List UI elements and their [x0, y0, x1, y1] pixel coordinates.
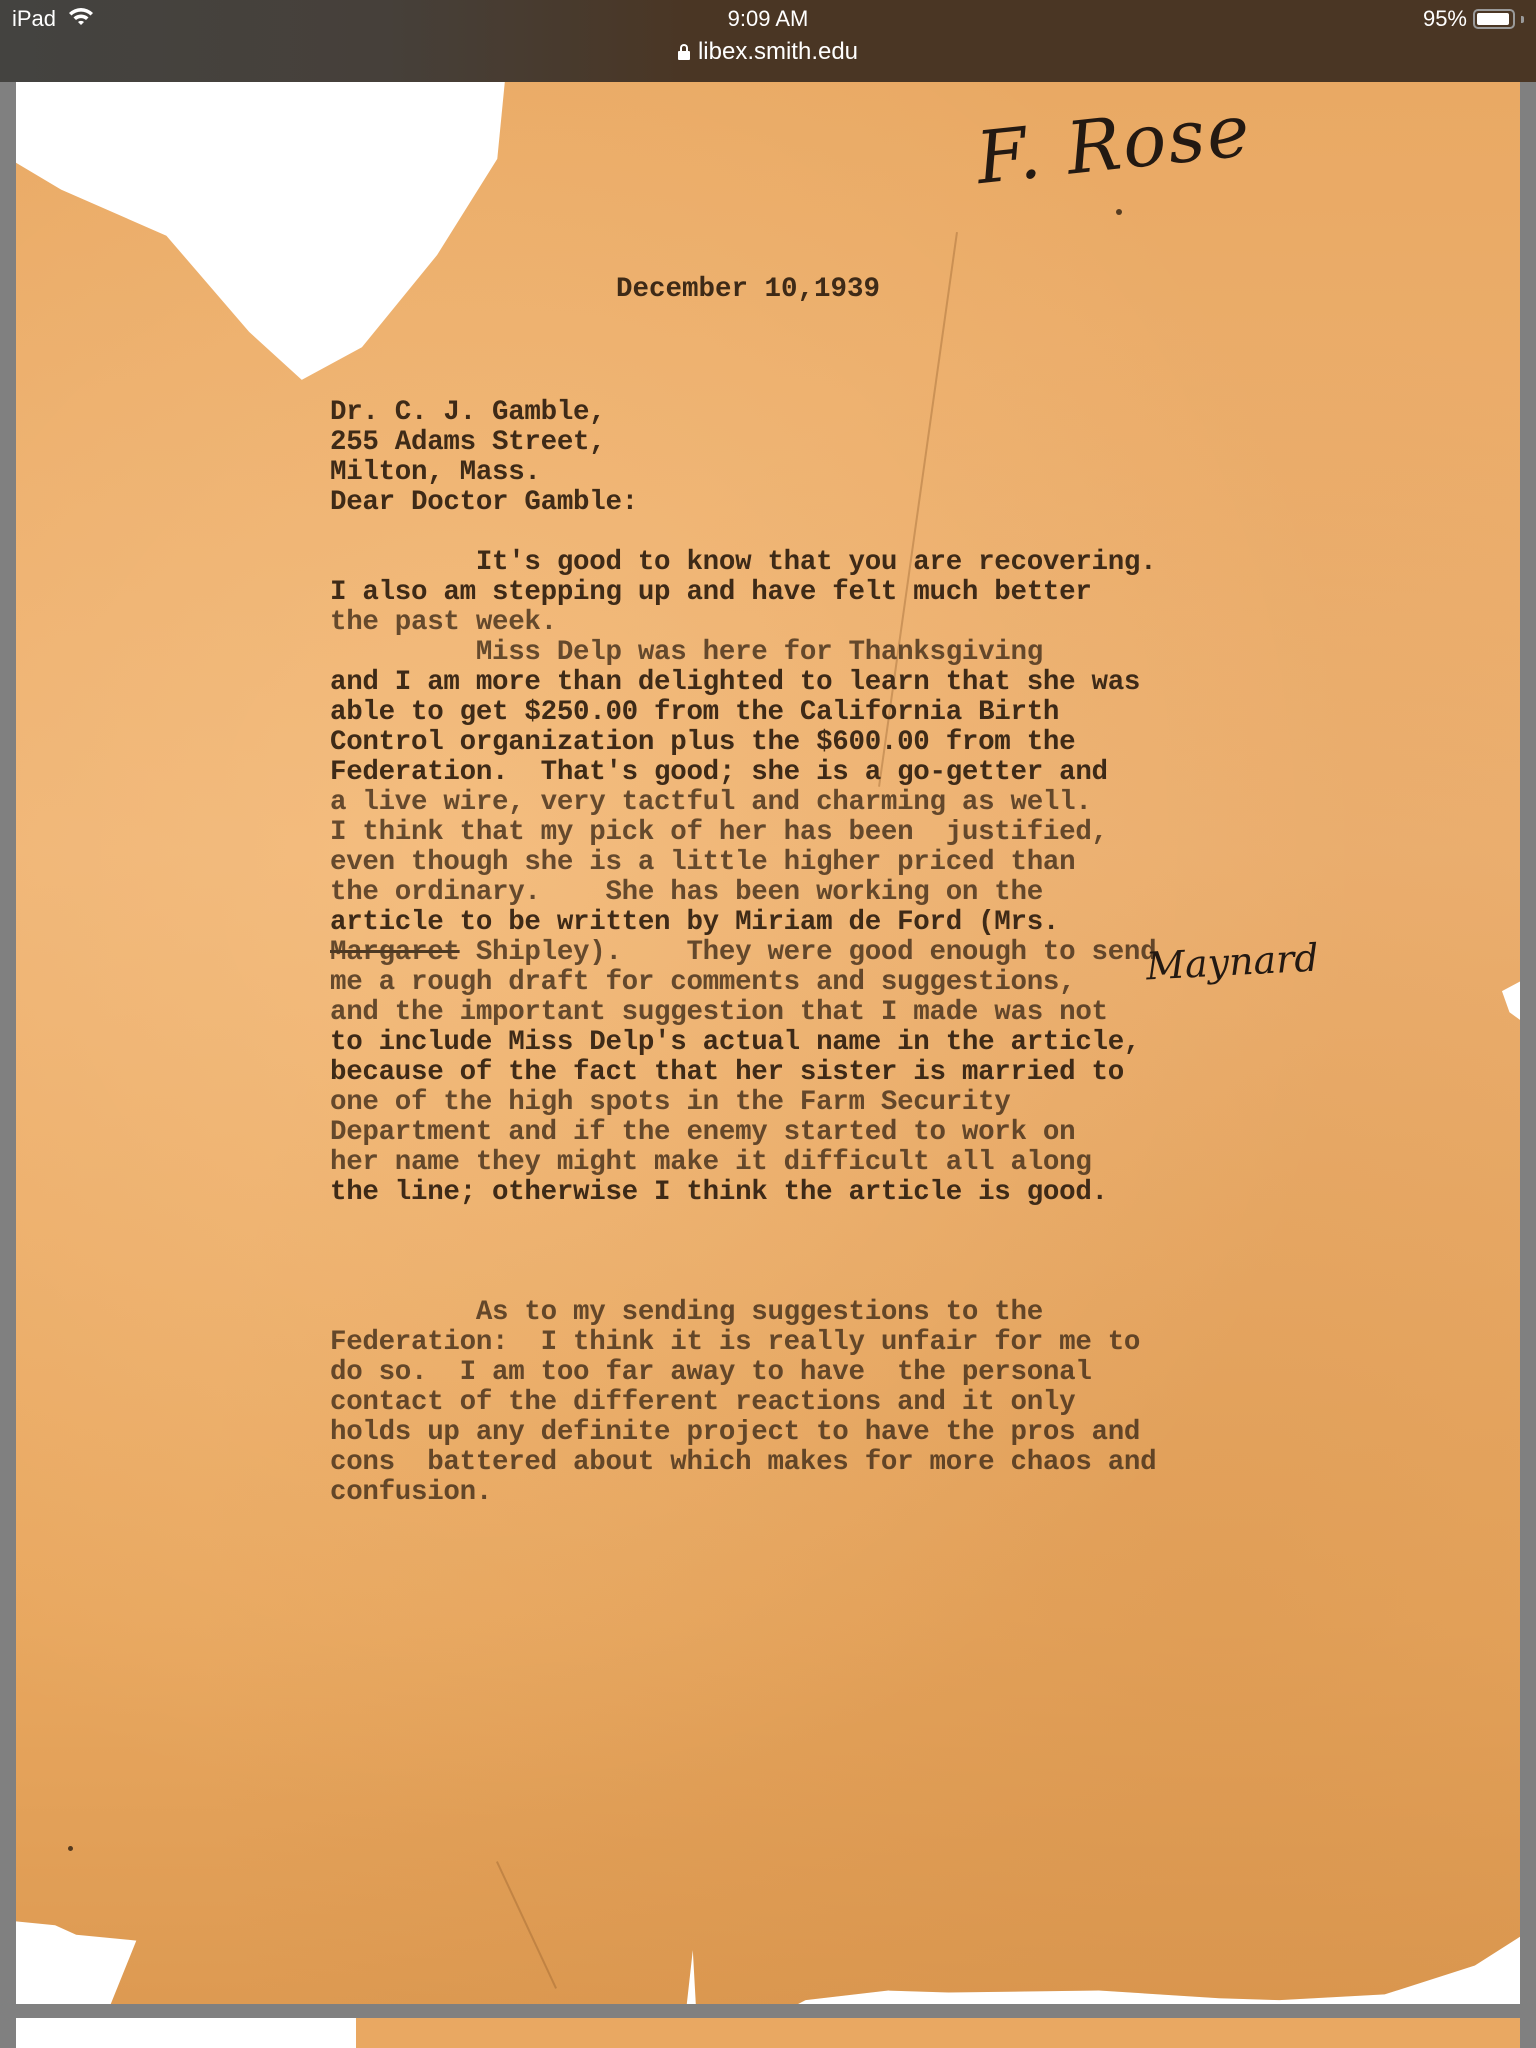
paragraph-1: It's good to know that you are recoverin… [330, 548, 1156, 638]
text-line: Federation. That's good; she is a go-get… [330, 758, 1156, 788]
text-line: Miss Delp was here for Thanksgiving [330, 638, 1156, 668]
spot [68, 1846, 73, 1851]
lock-icon [678, 44, 690, 60]
status-bar: iPad 9:09 AM 95% libex.smith.edu [0, 0, 1536, 82]
battery-icon [1473, 9, 1515, 29]
recipient-address: Dr. C. J. Gamble, 255 Adams Street, Milt… [330, 398, 605, 488]
address-line: Milton, Mass. [330, 458, 605, 488]
salutation: Dear Doctor Gamble: [330, 488, 638, 518]
text-line: contact of the different reactions and i… [330, 1388, 1156, 1418]
text-line: I also am stepping up and have felt much… [330, 578, 1156, 608]
text-line: Federation: I think it is really unfair … [330, 1328, 1156, 1358]
document-viewer[interactable]: F. Rose December 10,1939 Dr. C. J. Gambl… [16, 82, 1520, 2004]
text-line: cons battered about which makes for more… [330, 1448, 1156, 1478]
address-line: Dr. C. J. Gamble, [330, 398, 605, 428]
text-line: and the important suggestion that I made… [330, 998, 1156, 1028]
letter-paper: F. Rose December 10,1939 Dr. C. J. Gambl… [16, 82, 1520, 2004]
text-line: Control organization plus the $600.00 fr… [330, 728, 1156, 758]
handwritten-signature: F. Rose [972, 88, 1255, 200]
text-fragment: Shipley). They were good enough to send [460, 937, 1157, 968]
text-line: even though she is a little higher price… [330, 848, 1156, 878]
text-line-with-strike: Margaret Shipley). They were good enough… [330, 938, 1156, 968]
address-bar[interactable]: libex.smith.edu [0, 38, 1536, 66]
text-line: confusion. [330, 1478, 1156, 1508]
text-line: do so. I am too far away to have the per… [330, 1358, 1156, 1388]
battery-percent: 95% [1423, 6, 1467, 32]
text-line: because of the fact that her sister is m… [330, 1058, 1156, 1088]
pencil-mark [198, 193, 308, 285]
battery-tip [1521, 16, 1524, 23]
clock: 9:09 AM [0, 6, 1536, 32]
paragraph-2: Miss Delp was here for Thanksgiving and … [330, 638, 1156, 1208]
salutation-text: Dear Doctor Gamble: [330, 488, 638, 518]
text-line: a live wire, very tactful and charming a… [330, 788, 1156, 818]
text-line: me a rough draft for comments and sugges… [330, 968, 1156, 998]
letter-date: December 10,1939 [616, 274, 880, 305]
next-page-paper [356, 2018, 1520, 2048]
paragraph-3: As to my sending suggestions to the Fede… [330, 1298, 1156, 1508]
struck-word: Margaret [330, 937, 460, 968]
address-line: 255 Adams Street, [330, 428, 605, 458]
text-line: able to get $250.00 from the California … [330, 698, 1156, 728]
text-line: I think that my pick of her has been jus… [330, 818, 1156, 848]
text-line: article to be written by Miriam de Ford … [330, 908, 1156, 938]
text-line: Department and if the enemy started to w… [330, 1118, 1156, 1148]
spot [1116, 209, 1122, 215]
text-line: the past week. [330, 608, 1156, 638]
status-right: 95% [1423, 6, 1524, 32]
text-line: and I am more than delighted to learn th… [330, 668, 1156, 698]
next-page-preview[interactable] [16, 2018, 1520, 2048]
text-line: It's good to know that you are recoverin… [330, 548, 1156, 578]
text-line: holds up any definite project to have th… [330, 1418, 1156, 1448]
text-line: As to my sending suggestions to the [330, 1298, 1156, 1328]
url-text[interactable]: libex.smith.edu [698, 38, 858, 66]
text-line: her name they might make it difficult al… [330, 1148, 1156, 1178]
paper-crease [496, 1861, 557, 1989]
text-line: one of the high spots in the Farm Securi… [330, 1088, 1156, 1118]
text-line: the line; otherwise I think the article … [330, 1178, 1156, 1208]
text-line: the ordinary. She has been working on th… [330, 878, 1156, 908]
handwritten-correction: Maynard [1145, 936, 1320, 989]
text-line: to include Miss Delp's actual name in th… [330, 1028, 1156, 1058]
